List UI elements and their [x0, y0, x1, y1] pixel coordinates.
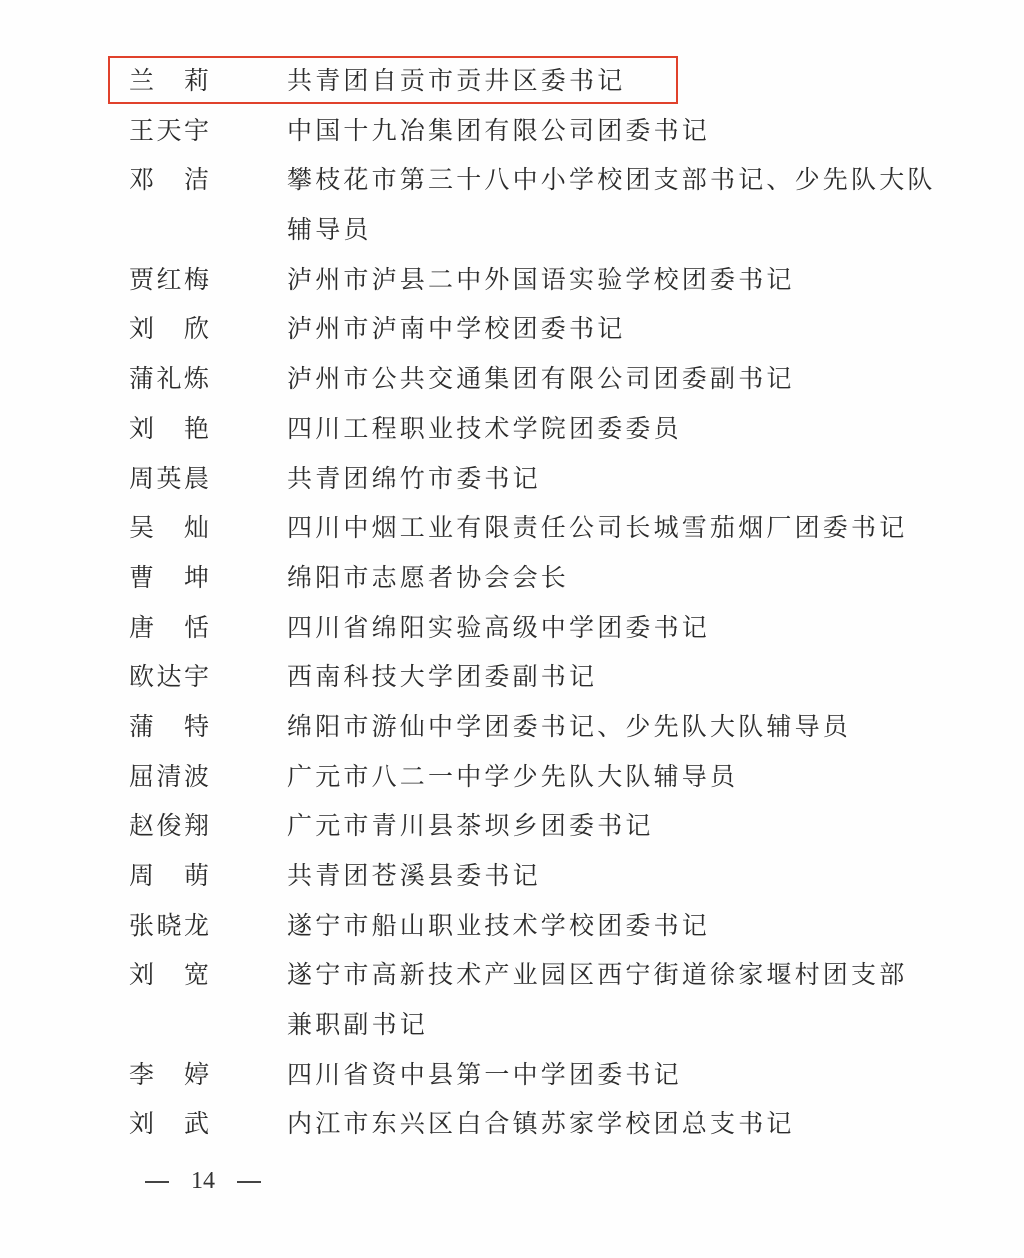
person-name: 贾红梅: [129, 264, 209, 296]
name-char: 莉: [184, 65, 209, 97]
person-title: 共青团自贡市贡井区委书记: [287, 65, 625, 97]
person-title: 四川省绵阳实验高级中学团委书记: [287, 612, 710, 644]
dash-left: [145, 1181, 169, 1183]
list-item: 唐恬四川省绵阳实验高级中学团委书记: [0, 604, 1024, 654]
person-name: 曹坤: [129, 562, 209, 594]
list-item: 王天宇中国十九冶集团有限公司团委书记: [0, 107, 1024, 157]
person-name: 兰莉: [129, 65, 209, 97]
person-title: 共青团苍溪县委书记: [287, 860, 541, 892]
list-item: 刘艳四川工程职业技术学院团委委员: [0, 405, 1024, 455]
name-char: 宇: [184, 115, 209, 147]
name-char: 洁: [184, 164, 209, 196]
person-name: 刘欣: [129, 313, 209, 345]
name-char: 波: [184, 761, 209, 793]
list-item: 曹坤绵阳市志愿者协会会长: [0, 554, 1024, 604]
name-char: 屈: [129, 761, 154, 793]
name-char: 宽: [184, 959, 209, 991]
name-char: 唐: [129, 612, 154, 644]
person-name: 蒲特: [129, 711, 209, 743]
name-char: 欣: [184, 313, 209, 345]
name-char: 晓: [156, 910, 181, 942]
name-char: 刘: [129, 959, 154, 991]
person-title: 四川省资中县第一中学团委书记: [287, 1059, 682, 1091]
name-char: 恬: [184, 612, 209, 644]
person-name: 周英晨: [129, 463, 209, 495]
name-char: 英: [156, 463, 181, 495]
person-title: 四川中烟工业有限责任公司长城雪茄烟厂团委书记: [287, 512, 907, 544]
name-char: 俊: [156, 810, 181, 842]
name-char: 礼: [156, 363, 181, 395]
list-item: 邓洁攀枝花市第三十八中小学校团支部书记、少先队大队: [0, 156, 1024, 206]
name-char: 赵: [129, 810, 154, 842]
list-item: 兰莉共青团自贡市贡井区委书记: [0, 57, 1024, 107]
name-char: 张: [129, 910, 154, 942]
list-item: 周英晨共青团绵竹市委书记: [0, 455, 1024, 505]
person-name: 李婷: [129, 1059, 209, 1091]
person-title: 攀枝花市第三十八中小学校团支部书记、少先队大队: [287, 164, 936, 196]
list-item: 蒲特绵阳市游仙中学团委书记、少先队大队辅导员: [0, 703, 1024, 753]
person-title: 泸州市公共交通集团有限公司团委副书记: [287, 363, 795, 395]
name-char: 炼: [184, 363, 209, 395]
page-footer: 14: [145, 1168, 261, 1195]
name-char: 曹: [129, 562, 154, 594]
list-item: 欧达宇西南科技大学团委副书记: [0, 653, 1024, 703]
person-title: 共青团绵竹市委书记: [287, 463, 541, 495]
person-name: 屈清波: [129, 761, 209, 793]
person-title: 绵阳市游仙中学团委书记、少先队大队辅导员: [287, 711, 851, 743]
person-name: 蒲礼炼: [129, 363, 209, 395]
list-item: 屈清波广元市八二一中学少先队大队辅导员: [0, 753, 1024, 803]
person-title: 泸州市泸南中学校团委书记: [287, 313, 625, 345]
person-title: 遂宁市船山职业技术学校团委书记: [287, 910, 710, 942]
page-number: 14: [191, 1168, 215, 1195]
name-char: 翔: [184, 810, 209, 842]
name-char: 梅: [184, 264, 209, 296]
name-char: 刘: [129, 313, 154, 345]
name-char: 龙: [184, 910, 209, 942]
list-item: 吴灿四川中烟工业有限责任公司长城雪茄烟厂团委书记: [0, 504, 1024, 554]
person-title: 广元市青川县茶坝乡团委书记: [287, 810, 654, 842]
name-char: 宇: [184, 661, 209, 693]
person-name: 吴灿: [129, 512, 209, 544]
person-name: 刘宽: [129, 959, 209, 991]
name-char: 灿: [184, 512, 209, 544]
person-title: 内江市东兴区白合镇苏家学校团总支书记: [287, 1108, 795, 1140]
person-name: 王天宇: [129, 115, 209, 147]
name-char: 晨: [184, 463, 209, 495]
person-name: 赵俊翔: [129, 810, 209, 842]
name-char: 天: [156, 115, 181, 147]
document-page: 兰莉共青团自贡市贡井区委书记王天宇中国十九冶集团有限公司团委书记邓洁攀枝花市第三…: [0, 0, 1024, 1258]
name-char: 武: [184, 1108, 209, 1140]
name-char: 周: [129, 860, 154, 892]
person-name: 刘艳: [129, 413, 209, 445]
person-title: 辅导员: [287, 214, 372, 246]
list-item: 张晓龙遂宁市船山职业技术学校团委书记: [0, 902, 1024, 952]
person-name: 张晓龙: [129, 910, 209, 942]
name-char: 清: [156, 761, 181, 793]
list-item-continuation: 辅导员: [0, 206, 1024, 256]
name-char: 蒲: [129, 711, 154, 743]
person-title: 遂宁市高新技术产业园区西宁街道徐家堰村团支部: [287, 959, 907, 991]
name-char: 特: [184, 711, 209, 743]
person-title: 泸州市泸县二中外国语实验学校团委书记: [287, 264, 795, 296]
name-char: 刘: [129, 413, 154, 445]
name-char: 王: [129, 115, 154, 147]
name-char: 兰: [129, 65, 154, 97]
name-list: 兰莉共青团自贡市贡井区委书记王天宇中国十九冶集团有限公司团委书记邓洁攀枝花市第三…: [0, 57, 1024, 1150]
person-name: 刘武: [129, 1108, 209, 1140]
name-char: 坤: [184, 562, 209, 594]
name-char: 艳: [184, 413, 209, 445]
person-name: 邓洁: [129, 164, 209, 196]
name-char: 蒲: [129, 363, 154, 395]
person-title: 四川工程职业技术学院团委委员: [287, 413, 682, 445]
person-name: 周萌: [129, 860, 209, 892]
list-item: 刘武内江市东兴区白合镇苏家学校团总支书记: [0, 1100, 1024, 1150]
person-name: 欧达宇: [129, 661, 209, 693]
person-title: 中国十九冶集团有限公司团委书记: [287, 115, 710, 147]
name-char: 萌: [184, 860, 209, 892]
person-title: 兼职副书记: [287, 1009, 428, 1041]
list-item: 赵俊翔广元市青川县茶坝乡团委书记: [0, 802, 1024, 852]
name-char: 李: [129, 1059, 154, 1091]
name-char: 刘: [129, 1108, 154, 1140]
person-title: 绵阳市志愿者协会会长: [287, 562, 569, 594]
list-item: 李婷四川省资中县第一中学团委书记: [0, 1051, 1024, 1101]
list-item: 刘欣泸州市泸南中学校团委书记: [0, 305, 1024, 355]
dash-right: [237, 1181, 261, 1183]
name-char: 欧: [129, 661, 154, 693]
list-item: 周萌共青团苍溪县委书记: [0, 852, 1024, 902]
list-item-continuation: 兼职副书记: [0, 1001, 1024, 1051]
list-item: 蒲礼炼泸州市公共交通集团有限公司团委副书记: [0, 355, 1024, 405]
list-item: 贾红梅泸州市泸县二中外国语实验学校团委书记: [0, 256, 1024, 306]
person-name: 唐恬: [129, 612, 209, 644]
name-char: 吴: [129, 512, 154, 544]
name-char: 达: [156, 661, 181, 693]
person-title: 广元市八二一中学少先队大队辅导员: [287, 761, 738, 793]
name-char: 红: [156, 264, 181, 296]
person-title: 西南科技大学团委副书记: [287, 661, 597, 693]
name-char: 贾: [129, 264, 154, 296]
name-char: 婷: [184, 1059, 209, 1091]
list-item: 刘宽遂宁市高新技术产业园区西宁街道徐家堰村团支部: [0, 951, 1024, 1001]
name-char: 邓: [129, 164, 154, 196]
name-char: 周: [129, 463, 154, 495]
